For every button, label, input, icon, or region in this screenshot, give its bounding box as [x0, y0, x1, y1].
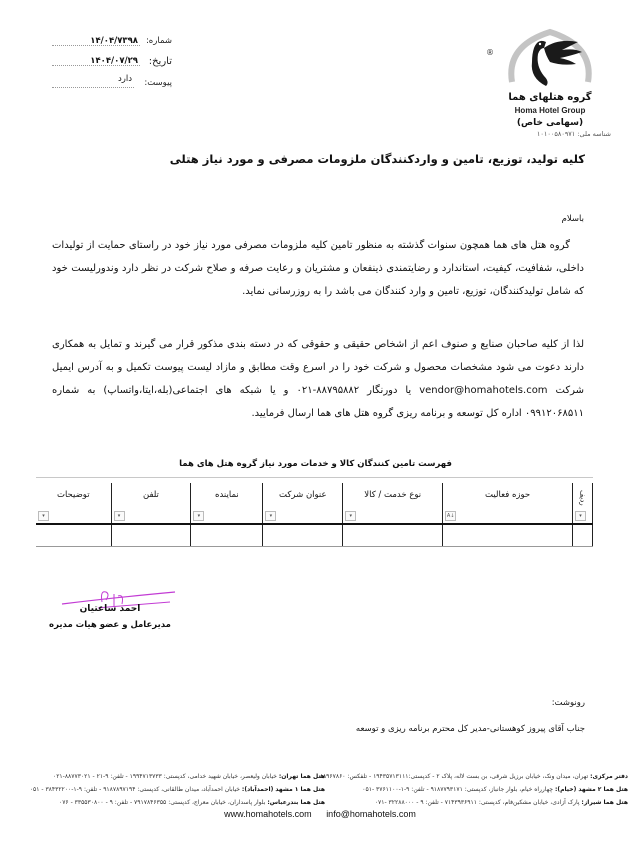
- company-name-en: Homa Hotel Group: [490, 106, 610, 115]
- website-link[interactable]: www.homahotels.com: [224, 809, 312, 819]
- dotted-line: [52, 45, 140, 46]
- table-cell[interactable]: [263, 524, 343, 547]
- attachment-row: پیوست: دارد: [52, 74, 172, 88]
- footer-line-shiraz: هتل هما شیراز: پارک آزادی، خیابان مشکین‌…: [328, 796, 628, 809]
- attachment-label: پیوست:: [144, 78, 172, 88]
- signatory-role: مدیرعامل و عضو هیات مدیره: [40, 620, 180, 630]
- national-id: شناسه ملی: ۱۰۱۰۰۵۸۰۹۷۱: [486, 130, 611, 138]
- footer-line-bandar-abbas: هتل هما بندرعباس: بلوار پاسداران، خیابان…: [45, 796, 325, 809]
- signature-block: احمد ساعتیان مدیرعامل و عضو هیات مدیره: [40, 588, 180, 638]
- paragraph-1: گروه هتل های هما همچون سنوات گذشته به من…: [52, 234, 584, 303]
- date-label: تاریخ:: [149, 56, 172, 67]
- table-cell[interactable]: [443, 524, 573, 547]
- company-name-fa: گروه هتلهای هما: [490, 92, 610, 103]
- column-header-activity-area[interactable]: حوزه فعالیت↓A: [443, 483, 573, 524]
- filter-dropdown-icon[interactable]: ▾: [265, 511, 276, 521]
- greeting: باسلام: [52, 214, 584, 224]
- footer-line-mashhad-1: هتل هما ۱ مشهد (احمدآباد): خیابان احمدآب…: [45, 783, 325, 796]
- column-header-representative[interactable]: نماینده▾: [191, 483, 263, 524]
- table-cell[interactable]: [343, 524, 443, 547]
- supplier-table: ردیف▾ حوزه فعالیت↓A نوع خدمت / کالا▾ عنو…: [36, 477, 593, 546]
- footer-addresses-right: دفتر مرکزی: تهران، میدان ونک، خیابان برز…: [328, 770, 628, 809]
- homa-bird-icon: [500, 26, 600, 88]
- filter-dropdown-icon[interactable]: ▾: [38, 511, 49, 521]
- table-cell[interactable]: [573, 524, 593, 547]
- column-header-description[interactable]: توضیحات▾: [36, 483, 111, 524]
- footer-addresses-left: هتل هما تهران: خیابان ولیعصر، خیابان شهی…: [45, 770, 325, 809]
- email-link[interactable]: info@homahotels.com: [326, 809, 416, 819]
- footer-line-head-office: دفتر مرکزی: تهران، میدان ونک، خیابان برز…: [328, 770, 628, 783]
- attachment-value: دارد: [118, 74, 132, 84]
- sort-ascending-icon[interactable]: ↓A: [445, 511, 456, 521]
- column-header-company-title[interactable]: عنوان شرکت▾: [263, 483, 343, 524]
- column-header-phone[interactable]: تلفن▾: [111, 483, 191, 524]
- footer-line-tehran: هتل هما تهران: خیابان ولیعصر، خیابان شهی…: [45, 770, 325, 783]
- supplier-grid: ردیف▾ حوزه فعالیت↓A نوع خدمت / کالا▾ عنو…: [36, 483, 593, 547]
- filter-dropdown-icon[interactable]: ▾: [575, 511, 586, 521]
- table-cell[interactable]: [111, 524, 191, 547]
- cc-recipient: جناب آقای پیروز کوهستانی-مدیر کل محترم ب…: [300, 724, 585, 734]
- footer-contact: www.homahotels.com info@homahotels.com: [180, 809, 460, 819]
- company-logo: گروه هتلهای هما Homa Hotel Group (سهامی …: [490, 26, 610, 141]
- signatory-name: احمد ساعتیان: [40, 604, 180, 614]
- cc-label: رونوشت:: [380, 698, 585, 708]
- table-cell[interactable]: [191, 524, 263, 547]
- filter-dropdown-icon[interactable]: ▾: [114, 511, 125, 521]
- table-cell[interactable]: [36, 524, 111, 547]
- paragraph-2: لذا از کلیه صاحبان صنایع و صنوف اعم از ا…: [52, 333, 584, 425]
- date-row: تاریخ: ۱۴۰۴/۰۷/۲۹: [52, 56, 172, 70]
- number-row: شماره: ۱۴/۰۴/۷۳۹۸: [52, 36, 172, 50]
- column-header-service-type[interactable]: نوع خدمت / کالا▾: [343, 483, 443, 524]
- table-header-row: ردیف▾ حوزه فعالیت↓A نوع خدمت / کالا▾ عنو…: [36, 483, 593, 524]
- footer-line-mashhad-2: هتل هما ۲ مشهد (خیام): چهارراه خیام، بلو…: [328, 783, 628, 796]
- company-type: (سهامی خاص): [490, 118, 610, 128]
- letter-subject: کلیه تولید، توزیع، تامین و واردکنندگان م…: [160, 152, 585, 166]
- filter-dropdown-icon[interactable]: ▾: [345, 511, 356, 521]
- column-header-row-number[interactable]: ردیف▾: [573, 483, 593, 524]
- filter-dropdown-icon[interactable]: ▾: [193, 511, 204, 521]
- table-title: فهرست تامین کنندگان کالا و خدمات مورد نی…: [38, 459, 593, 469]
- number-label: شماره:: [146, 36, 172, 46]
- dotted-line: [52, 87, 134, 88]
- dotted-line: [52, 65, 140, 66]
- table-row: [36, 524, 593, 547]
